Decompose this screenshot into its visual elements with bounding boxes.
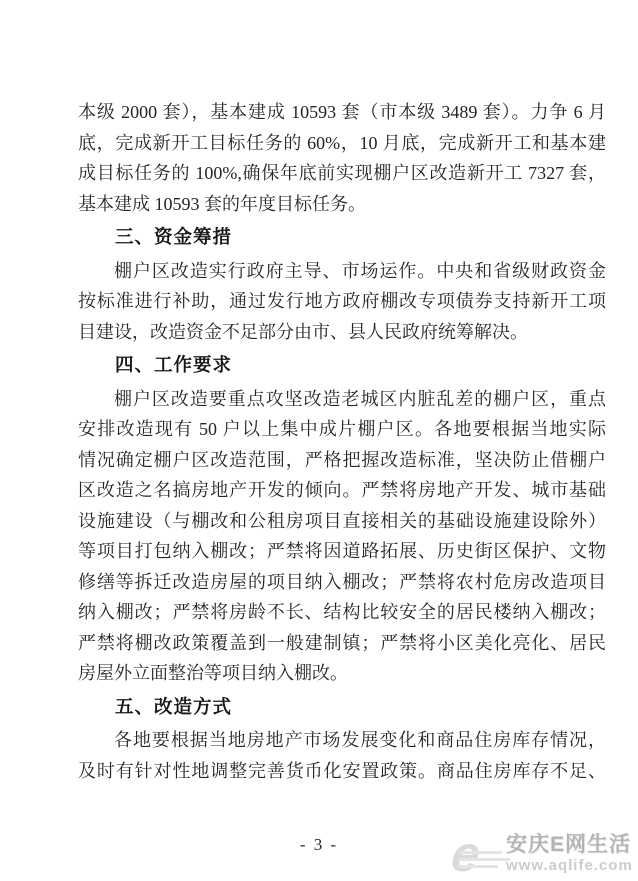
text-line: 及时有针对性地调整完善货币化安置政策。商品住房库存不足、 [78,756,606,787]
text-line: 成目标任务的 100%,确保年底前实现棚户区改造新开工 7327 套， [78,158,606,189]
text-line: 情况确定棚户区改造范围，严格把握改造标准，坚决防止借棚户 [78,445,606,476]
text-line: 基本建成 10593 套的年度目标任务。 [78,189,606,220]
watermark-swoosh-line [458,851,502,854]
text-line: 区改造之名搞房地产开发的倾向。严禁将房地产开发、城市基础 [78,475,606,506]
document-page: 本级 2000 套），基本建成 10593 套（市本级 3489 套）。力争 6… [0,0,638,881]
watermark-site-name: 安庆E网生活 [506,833,638,857]
text-line: 各地要根据当地房地产市场发展变化和商品住房库存情况， [78,725,606,756]
watermark-letter: e [448,829,483,879]
text-line: 目建设，改造资金不足部分由市、县人民政府统筹解决。 [78,317,606,348]
text-line: 棚户区改造要重点攻坚改造老城区内脏乱差的棚户区，重点 [78,384,606,415]
watermark-e-logo-icon: e [452,827,504,879]
document-body: 本级 2000 套），基本建成 10593 套（市本级 3489 套）。力争 6… [78,97,606,786]
text-line: 按标准进行补助，通过发行地方政府棚改专项债券支持新开工项 [78,286,606,317]
text-line: 设施建设（与棚改和公租房项目直接相关的基础设施建设除外） [78,506,606,537]
heading-section-5-methods: 五、改造方式 [78,692,606,723]
watermark-swoosh-line [458,865,498,868]
text-line: 本级 2000 套），基本建成 10593 套（市本级 3489 套）。力争 6… [78,97,606,128]
watermark-site-url: www.aqlife.com [506,857,638,874]
text-line: 底，完成新开工目标任务的 60%，10 月底，完成新开工和基本建 [78,128,606,159]
body-paragraph: 棚户区改造实行政府主导、市场运作。中央和省级财政资金 按标准进行补助，通过发行地… [78,256,606,348]
body-paragraph: 棚户区改造要重点攻坚改造老城区内脏乱差的棚户区，重点 安排改造现有 50 户以上… [78,384,606,689]
watermark-swoosh-line [458,858,510,861]
text-line: 安排改造现有 50 户以上集中成片棚户区。各地要根据当地实际 [78,414,606,445]
watermark-text-group: 安庆E网生活 www.aqlife.com [506,833,638,874]
text-line: 等项目打包纳入棚改；严禁将因道路拓展、历史街区保护、文物 [78,536,606,567]
text-line: 纳入棚改；严禁将房龄不长、结构比较安全的居民楼纳入棚改； [78,597,606,628]
heading-section-3-funding: 三、资金筹措 [78,222,606,253]
text-line: 修缮等拆迁改造房屋的项目纳入棚改；严禁将农村危房改造项目 [78,567,606,598]
body-paragraph: 各地要根据当地房地产市场发展变化和商品住房库存情况， 及时有针对性地调整完善货币… [78,725,606,786]
text-line: 严禁将棚改政策覆盖到一般建制镇；严禁将小区美化亮化、居民 [78,628,606,659]
watermark: e 安庆E网生活 www.aqlife.com [452,826,638,880]
body-paragraph: 本级 2000 套），基本建成 10593 套（市本级 3489 套）。力争 6… [78,97,606,219]
text-line: 棚户区改造实行政府主导、市场运作。中央和省级财政资金 [78,256,606,287]
heading-section-4-requirements: 四、工作要求 [78,350,606,381]
text-line: 房屋外立面整治等项目纳入棚改。 [78,658,606,689]
